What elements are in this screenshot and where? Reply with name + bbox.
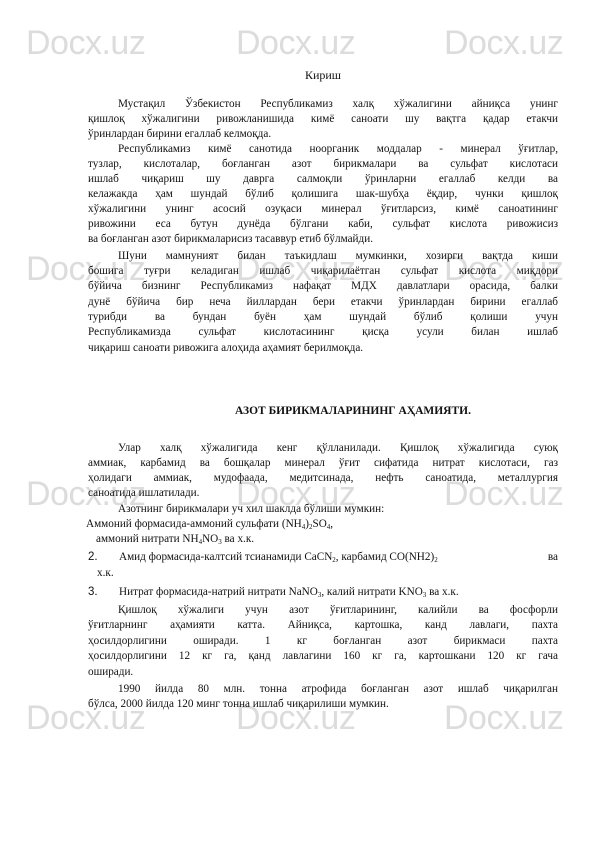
paragraph-line: ҳосилдорлигини оширади. 1 кг боғланган а… [88, 635, 558, 648]
list-number: 2. [88, 551, 98, 563]
subscript: 2 [434, 556, 438, 564]
watermark: Docx.uz [444, 27, 563, 59]
paragraph-line: Шуни мамнуният билан таъкидлаш мумкинки,… [88, 250, 558, 263]
list-item-text: ва х.к. [222, 533, 254, 545]
paragraph-line: ва боғланган азот бирикмаларисиз тасавву… [88, 233, 558, 246]
paragraph-line: бошига туғри келадиган ишлаб чиқарилаётг… [88, 265, 558, 278]
paragraph-line: чиқариш саноати ривожига алоҳида аҳамият… [88, 342, 558, 355]
section-heading: АЗОТ БИРИКМАЛАРИНИНГ АҲАМИЯТИ. [88, 405, 558, 417]
paragraph-line: хўжалигини унинг асосий озуқаси минерал … [88, 203, 558, 216]
paragraph-line: аммиак, карбамид ва бошқалар минерал ўғи… [88, 457, 558, 470]
document-page: Docx.uz Docx.uz Docx.uz Docx.uz Docx.uz … [0, 0, 595, 842]
paragraph-line: Улар халқ хўжалигида кенг қўлланилади. Қ… [88, 442, 558, 455]
list-item-text: , карбамид CO(NH2) [336, 551, 434, 563]
list-item-text: ва [548, 551, 558, 564]
paragraph-line: саноатида ишлатилади. [88, 487, 558, 500]
list-item-text: SO [312, 518, 326, 530]
watermark-row: Docx.uz Docx.uz Docx.uz [0, 27, 595, 59]
list-item: Амид формасида-калтсий тсианамиди CaCN2,… [119, 551, 558, 564]
paragraph-line: бўлса, 2000 йилда 120 минг тонна ишлаб ч… [88, 698, 558, 711]
paragraph-line: ҳолидаги аммиак, мудофаада, медитсинада,… [88, 472, 558, 485]
paragraph-line: ўринлардан бирини егаллаб келмоқда. [88, 128, 558, 141]
watermark: Docx.uz [26, 27, 145, 59]
list-item-text: Нитрат формасида-натрий нитрати NaNO [119, 586, 318, 598]
paragraph-line: бўйича бизнинг Республикамиз нафақат МДХ… [88, 280, 558, 293]
list-item-text: аммоний нитрати NH [96, 533, 199, 545]
paragraph-line: ўғитларнинг аҳамияти катта. Айниқса, кар… [88, 619, 558, 632]
paragraph-line: 1990 йилда 80 млн. тонна атрофида боғлан… [88, 683, 558, 696]
list-item-text: ва х.к. [426, 586, 458, 598]
paragraph-line: дунё бўйича бир неча йиллардан бери етак… [88, 296, 558, 309]
paragraph-line: келажакда ҳам шундай бўлиб қолишига шак-… [88, 188, 558, 201]
list-number: 3. [88, 586, 98, 598]
forms-intro: Азотнинг бирикмалари уч хил шаклда бўлиш… [88, 503, 588, 516]
paragraph-line: ишлаб чиқариш шу даврга салмоқли ўринлар… [88, 173, 558, 186]
watermark: Docx.uz [236, 27, 355, 59]
list-item-text: , [330, 518, 333, 530]
paragraph-line: қишлоқ хўжалигини ривожланишида кимё сан… [88, 113, 558, 126]
paragraph-line: ривожини еса бутун дунёда бўлгани каби, … [88, 218, 558, 231]
page-title: Кириш [88, 68, 558, 83]
paragraph-line: турибди ва бундан буён ҳам шундай бўлиб … [88, 311, 558, 324]
paragraph-line: ҳосилдорлигини 12 кг га, қанд лавлагини … [88, 650, 558, 663]
paragraph-line: Мустақил Ўзбекистон Республикамиз халқ х… [88, 98, 558, 111]
list-item-continuation: аммоний нитрати NH4NO3 ва х.к. [96, 533, 566, 546]
list-item-text: , калий нитрати KNO [321, 586, 422, 598]
paragraph-line: Республикамиз кимё санотида ноорганик мо… [88, 143, 558, 156]
list-item-continuation: х.к. [97, 567, 567, 580]
list-item-text: NO [202, 533, 218, 545]
paragraph-line: тузлар, кислоталар, боғланган азот бирик… [88, 158, 558, 171]
list-item-text: Амид формасида-калтсий тсианамиди CaCN [119, 551, 332, 563]
list-item: Нитрат формасида-натрий нитрати NaNO3, к… [119, 586, 558, 599]
paragraph-line: Республикамизда сульфат кислотасининг қи… [88, 326, 558, 339]
list-item-text: Аммоний формасида-аммоний сульфати (NH [86, 518, 302, 530]
paragraph-line: оширади. [88, 666, 558, 679]
paragraph-line: Қишлоқ хўжалиги учун азот ўғитларининг, … [88, 604, 558, 617]
list-item: Аммоний формасида-аммоний сульфати (NH4)… [86, 518, 556, 531]
